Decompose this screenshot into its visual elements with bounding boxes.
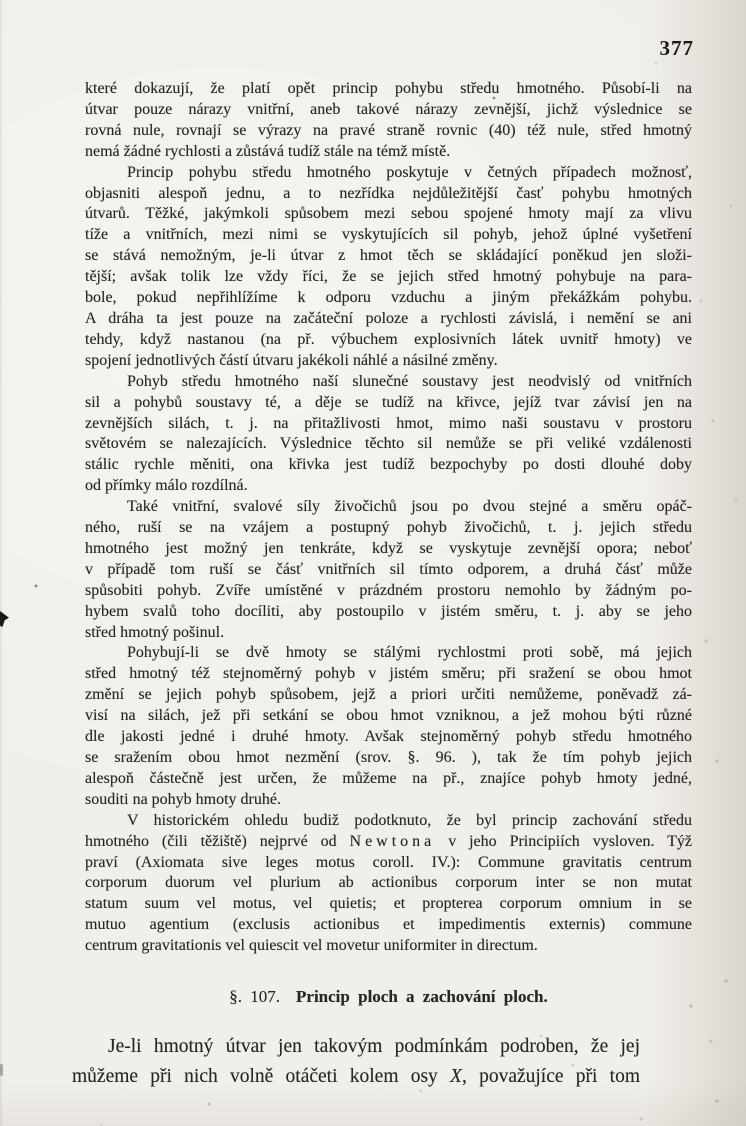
text-line: světovém se nalezajících. Výslednice těc… <box>85 434 692 455</box>
text-block: které dokazují, že platí opět princip po… <box>85 79 692 1092</box>
text-line: praví (Axiomata sive leges motus coroll.… <box>85 853 692 874</box>
text-line: střed hmotný pošinul. <box>85 623 692 644</box>
closing-paragraph: Je-li hmotný útvar jen takovým podmínkám… <box>72 1032 640 1092</box>
book-page: 377 které dokazují, že platí opět princi… <box>0 0 746 1126</box>
text-line: Pohybují-li se dvě hmoty se stálými rych… <box>85 643 692 664</box>
text-line: dle jakosti jedné i druhé hmoty. Avšak s… <box>85 727 692 748</box>
text-segment: hmotného (čili těžiště) nejprvé od <box>85 833 350 850</box>
text-line: alespoň částečně jest určen, že můžeme n… <box>85 769 692 790</box>
text-line: spůsobiti pohyb. Zvíře umístěné v prázdn… <box>85 581 692 602</box>
text-segment: , považujíce při tom <box>462 1066 640 1087</box>
text-line: Princip pohybu středu hmotného poskytuje… <box>85 163 692 184</box>
text-line: se stává nemožným, je-li útvar z hmot tě… <box>85 246 692 267</box>
text-line: tíže a vnitřních, mezi nimi se vyskytují… <box>85 225 692 246</box>
text-line: stálic rychle měniti, ona křivka jest tu… <box>85 455 692 476</box>
section-number: §. 107. <box>229 987 280 1006</box>
text-line: tější; avšak tolik lze vždy říci, že se … <box>85 267 692 288</box>
page-number: 377 <box>660 36 695 61</box>
text-line: Je-li hmotný útvar jen takovým podmínkám… <box>72 1032 640 1062</box>
text-line: střed hmotný též stejnoměrný pohyb v jis… <box>85 664 692 685</box>
text-line: Pohyb středu hmotného naší slunečné sous… <box>85 372 692 393</box>
text-segment: v jeho Principiích vysloven. Týž <box>435 833 692 850</box>
text-line: V historickém ohledu budiž podotknuto, ž… <box>85 811 692 832</box>
text-line: zevnějších silách, t. j. na přitažlivost… <box>85 414 692 435</box>
edge-dash-mark <box>0 1064 3 1076</box>
text-line: centrum gravitationis vel quiescit vel m… <box>85 936 692 957</box>
italic-text: X <box>450 1066 462 1087</box>
edge-ink-mark <box>0 611 9 627</box>
text-line: v případě tom ruší se čásť vnitřních sil… <box>85 560 692 581</box>
text-line: hmotného jest možný jen tenkráte, když s… <box>85 539 692 560</box>
text-line: od přímky málo rozdílná. <box>85 476 692 497</box>
dust-specks <box>0 0 2 2</box>
text-line: tehdy, když nastanou (na př. výbuchem ex… <box>85 330 692 351</box>
paragraph: Pohyb středu hmotného naší slunečné sous… <box>85 372 692 497</box>
text-line: statum suum vel motus, vel quietis; et p… <box>85 894 692 915</box>
text-line: bole, pokud nepřihlížíme k odporu vzduch… <box>85 288 692 309</box>
text-line: ného, ruší se na vzájem a postupný pohyb… <box>85 518 692 539</box>
section-title: Princip ploch a zachování ploch. <box>296 987 548 1006</box>
section-heading: §. 107.Princip ploch a zachování ploch. <box>85 986 692 1008</box>
paragraph: V historickém ohledu budiž podotknuto, ž… <box>85 811 692 957</box>
text-line: nemá žádné rychlosti a zůstává tudíž stá… <box>85 142 692 163</box>
text-line: útvar pouze nárazy vnitřní, aneb takové … <box>85 100 692 121</box>
paragraph: které dokazují, že platí opět princip po… <box>85 79 692 163</box>
paragraph: Princip pohybu středu hmotného poskytuje… <box>85 163 692 372</box>
text-line: se sražením obou hmot nezmění (srov. §. … <box>85 748 692 769</box>
text-line: změní se jejich pohyb spůsobem, jejž a p… <box>85 685 692 706</box>
text-line: mutuo agentium (exclusis actionibus et i… <box>85 915 692 936</box>
text-line: corporum duorum vel plurium ab actionibu… <box>85 873 692 894</box>
text-segment: můžeme při nich volně otáčeti kolem osy <box>72 1066 450 1087</box>
text-line: rovná nule, rovnají se výrazy na pravé s… <box>85 121 692 142</box>
text-line: spojení jednotlivých částí útvaru jakéko… <box>85 351 692 372</box>
text-line: útvarů. Těžké, jakýmkoli spůsobem mezi s… <box>85 204 692 225</box>
text-line: objasniti alespoň jednu, a to nezřídka n… <box>85 184 692 205</box>
text-line: můžeme při nich volně otáčeti kolem osy … <box>72 1062 640 1092</box>
text-line: které dokazují, že platí opět princip po… <box>85 79 692 100</box>
text-line: sil a pohybů soustavy té, a děje se tudí… <box>85 393 692 414</box>
paragraph: Pohybují-li se dvě hmoty se stálými rych… <box>85 643 692 810</box>
text-line: hybem svalů toho docíliti, aby postoupil… <box>85 602 692 623</box>
text-line: souditi na pohyb hmoty druhé. <box>85 790 692 811</box>
text-line: Také vnitřní, svalové síly živočichů jso… <box>85 497 692 518</box>
text-line: visí na silách, jež při setkání se obou … <box>85 706 692 727</box>
body-paragraphs: které dokazují, že platí opět princip po… <box>85 79 692 957</box>
text-line: hmotného (čili těžiště) nejprvé od Newto… <box>85 832 692 853</box>
paragraph: Také vnitřní, svalové síly živočichů jso… <box>85 497 692 643</box>
spaced-text: Newtona <box>350 833 436 850</box>
paragraph: Je-li hmotný útvar jen takovým podmínkám… <box>72 1032 640 1092</box>
text-line: A dráha ta jest pouze na začáteční poloz… <box>85 309 692 330</box>
